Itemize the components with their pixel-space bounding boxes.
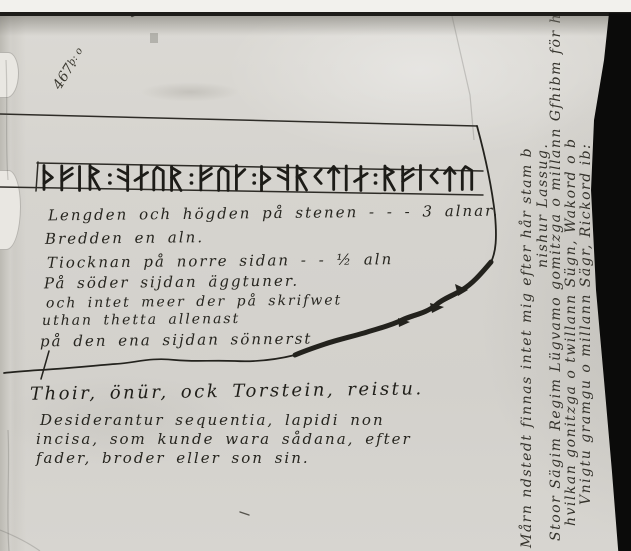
- page-top-shadow: [0, 16, 631, 36]
- rule-lines: [0, 114, 483, 195]
- measurement-line-2: Bredden en aln.: [45, 228, 204, 248]
- measurement-line-3: Tiocknan på norre sidan - - ½ aln: [47, 250, 393, 272]
- measurement-line-4: På söder sijdan äggtuner.: [44, 272, 299, 293]
- measurement-line-6: uthan thetta allenast: [42, 311, 240, 329]
- margin-note-line-4: nishur Lassug.: [535, 143, 551, 268]
- margin-note-line-2: hvilkan gonitzga o twillann Sügn, Wakord…: [563, 138, 579, 526]
- latin-comment-line-2: incisa, som kunde wara sådana, efter: [36, 430, 412, 448]
- measurement-line-5: och intet meer der på skrifwet: [46, 292, 342, 311]
- margin-note-line-3: Stoor Sägim Regim Lügvamo gomitzga o mil…: [548, 0, 564, 541]
- latin-comment-line-3: fader, broder eller son sin.: [36, 449, 310, 467]
- measurement-line-7: på den ena sijdan sönnerst: [40, 330, 313, 351]
- margin-note-line-5: Mårn ndstedt finnas intet mig efter hår …: [519, 147, 535, 548]
- manuscript-photo: 467. b: o Lengden och högden på stenen -…: [0, 0, 631, 551]
- page-top-edge: [0, 12, 631, 16]
- latin-comment-line-1: Desiderantur sequentia, lapidi non: [40, 411, 385, 429]
